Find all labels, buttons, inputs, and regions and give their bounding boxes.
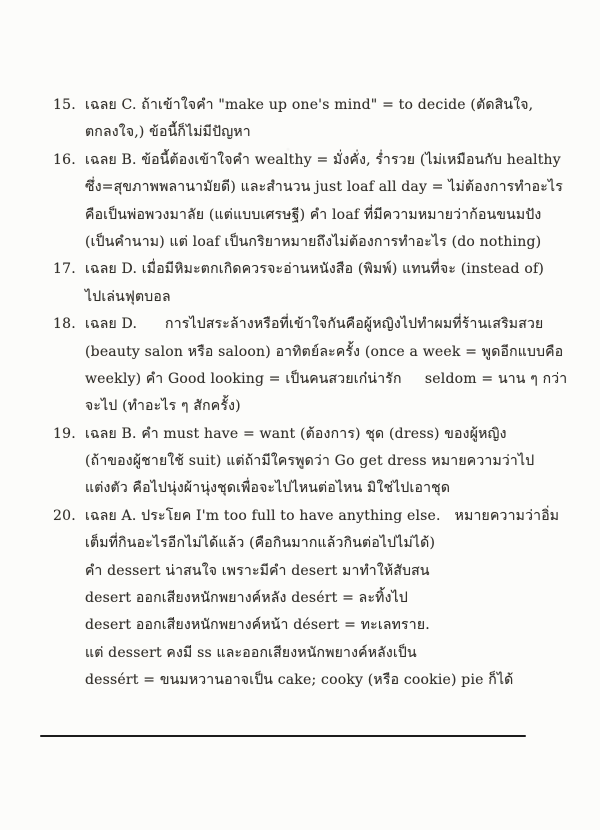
item-text: dessért = ขนมหวานอาจเป็น cake; cooky (หร… bbox=[85, 672, 513, 688]
item-line: คำ dessert น่าสนใจ เพราะมีคำ desert มาทำ… bbox=[85, 558, 552, 585]
item-line: แต่ dessert คงมี ss และออกเสียงหนักพยางค… bbox=[85, 640, 552, 667]
item-text: weekly) คำ Good looking = เป็นคนสวยเก๋น่… bbox=[85, 371, 567, 387]
item-line: ซึ่ง=สุขภาพพลานามัยดี) และสำนวน just loa… bbox=[85, 174, 552, 201]
item-text: (beauty salon หรือ saloon) อาทิตย์ละครั้… bbox=[85, 344, 563, 360]
answer-item-15: 15. เฉลย C. ถ้าเข้าใจคำ "make up one's m… bbox=[85, 92, 552, 147]
item-line: (ถ้าของผู้ชายใช้ suit) แต่ถ้ามีใครพูดว่า… bbox=[85, 448, 552, 475]
item-text: ไปเล่นฟุตบอล bbox=[85, 289, 171, 305]
item-text: ซึ่ง=สุขภาพพลานามัยดี) และสำนวน just loa… bbox=[85, 179, 563, 195]
item-text: แต่ dessert คงมี ss และออกเสียงหนักพยางค… bbox=[85, 645, 417, 661]
item-number: 20. bbox=[53, 503, 76, 530]
item-line: 15. เฉลย C. ถ้าเข้าใจคำ "make up one's m… bbox=[85, 92, 552, 119]
item-number: 17. bbox=[53, 256, 76, 283]
item-line: 17. เฉลย D. เมื่อมีหิมะตกเกิดควรจะอ่านหน… bbox=[85, 256, 552, 283]
item-text: จะไป (ทำอะไร ๆ สักครั้ง) bbox=[85, 398, 241, 414]
item-text: คือเป็นพ่อพวงมาลัย (แต่แบบเศรษฐี) คำ loa… bbox=[85, 207, 541, 223]
item-line: desert ออกเสียงหนักพยางค์หน้า désert = ท… bbox=[85, 612, 552, 639]
item-text: (ถ้าของผู้ชายใช้ suit) แต่ถ้ามีใครพูดว่า… bbox=[85, 453, 534, 469]
item-line: จะไป (ทำอะไร ๆ สักครั้ง) bbox=[85, 393, 552, 420]
item-text: เฉลย D. เมื่อมีหิมะตกเกิดควรจะอ่านหนังสื… bbox=[85, 261, 544, 277]
item-line: 20. เฉลย A. ประโยค I'm too full to have … bbox=[85, 503, 552, 530]
answer-item-16: 16. เฉลย B. ข้อนี้ต้องเข้าใจคำ wealthy =… bbox=[85, 147, 552, 257]
item-line: (เป็นคำนาม) แต่ loaf เป็นกริยาหมายถึงไม่… bbox=[85, 229, 552, 256]
answer-item-19: 19. เฉลย B. คำ must have = want (ต้องการ… bbox=[85, 421, 552, 503]
scanned-page: 15. เฉลย C. ถ้าเข้าใจคำ "make up one's m… bbox=[0, 0, 600, 830]
item-line: dessért = ขนมหวานอาจเป็น cake; cooky (หร… bbox=[85, 667, 552, 694]
item-number: 16. bbox=[53, 147, 76, 174]
item-number: 15. bbox=[53, 92, 76, 119]
item-line: 19. เฉลย B. คำ must have = want (ต้องการ… bbox=[85, 421, 552, 448]
item-line: ไปเล่นฟุตบอล bbox=[85, 284, 552, 311]
item-text: (เป็นคำนาม) แต่ loaf เป็นกริยาหมายถึงไม่… bbox=[85, 234, 541, 250]
answer-item-20: 20. เฉลย A. ประโยค I'm too full to have … bbox=[85, 503, 552, 695]
answer-item-17: 17. เฉลย D. เมื่อมีหิมะตกเกิดควรจะอ่านหน… bbox=[85, 256, 552, 311]
item-text: เฉลย B. ข้อนี้ต้องเข้าใจคำ wealthy = มั่… bbox=[85, 152, 561, 168]
item-line: เต็มที่กินอะไรอีกไม่ได้แล้ว (คือกินมากแล… bbox=[85, 530, 552, 557]
item-text: แต่งตัว คือไปนุ่งผ้านุ่งชุดเพื่อจะไปไหนต… bbox=[85, 480, 450, 496]
item-text: เฉลย B. คำ must have = want (ต้องการ) ชุ… bbox=[85, 426, 507, 442]
item-text: ตกลงใจ,) ข้อนี้ก็ไม่มีปัญหา bbox=[85, 124, 251, 140]
item-line: ตกลงใจ,) ข้อนี้ก็ไม่มีปัญหา bbox=[85, 119, 552, 146]
item-text: เฉลย C. ถ้าเข้าใจคำ "make up one's mind"… bbox=[85, 97, 533, 113]
item-text: เฉลย D. การไปสระล้างหรือที่เข้าใจกันคือผ… bbox=[85, 316, 543, 332]
item-line: คือเป็นพ่อพวงมาลัย (แต่แบบเศรษฐี) คำ loa… bbox=[85, 202, 552, 229]
item-line: (beauty salon หรือ saloon) อาทิตย์ละครั้… bbox=[85, 339, 552, 366]
item-text: คำ dessert น่าสนใจ เพราะมีคำ desert มาทำ… bbox=[85, 563, 430, 579]
item-line: แต่งตัว คือไปนุ่งผ้านุ่งชุดเพื่อจะไปไหนต… bbox=[85, 475, 552, 502]
item-text: เต็มที่กินอะไรอีกไม่ได้แล้ว (คือกินมากแล… bbox=[85, 535, 435, 551]
item-line: weekly) คำ Good looking = เป็นคนสวยเก๋น่… bbox=[85, 366, 552, 393]
item-number: 19. bbox=[53, 421, 76, 448]
item-line: 16. เฉลย B. ข้อนี้ต้องเข้าใจคำ wealthy =… bbox=[85, 147, 552, 174]
answer-list: 15. เฉลย C. ถ้าเข้าใจคำ "make up one's m… bbox=[85, 92, 552, 695]
answer-item-18: 18. เฉลย D. การไปสระล้างหรือที่เข้าใจกัน… bbox=[85, 311, 552, 421]
item-text: desert ออกเสียงหนักพยางค์หน้า désert = ท… bbox=[85, 617, 430, 633]
item-line: desert ออกเสียงหนักพยางค์หลัง desért = ล… bbox=[85, 585, 552, 612]
item-number: 18. bbox=[53, 311, 76, 338]
footer-rule bbox=[40, 735, 526, 737]
item-text: เฉลย A. ประโยค I'm too full to have anyt… bbox=[85, 508, 559, 524]
item-text: desert ออกเสียงหนักพยางค์หลัง desért = ล… bbox=[85, 590, 408, 606]
item-line: 18. เฉลย D. การไปสระล้างหรือที่เข้าใจกัน… bbox=[85, 311, 552, 338]
